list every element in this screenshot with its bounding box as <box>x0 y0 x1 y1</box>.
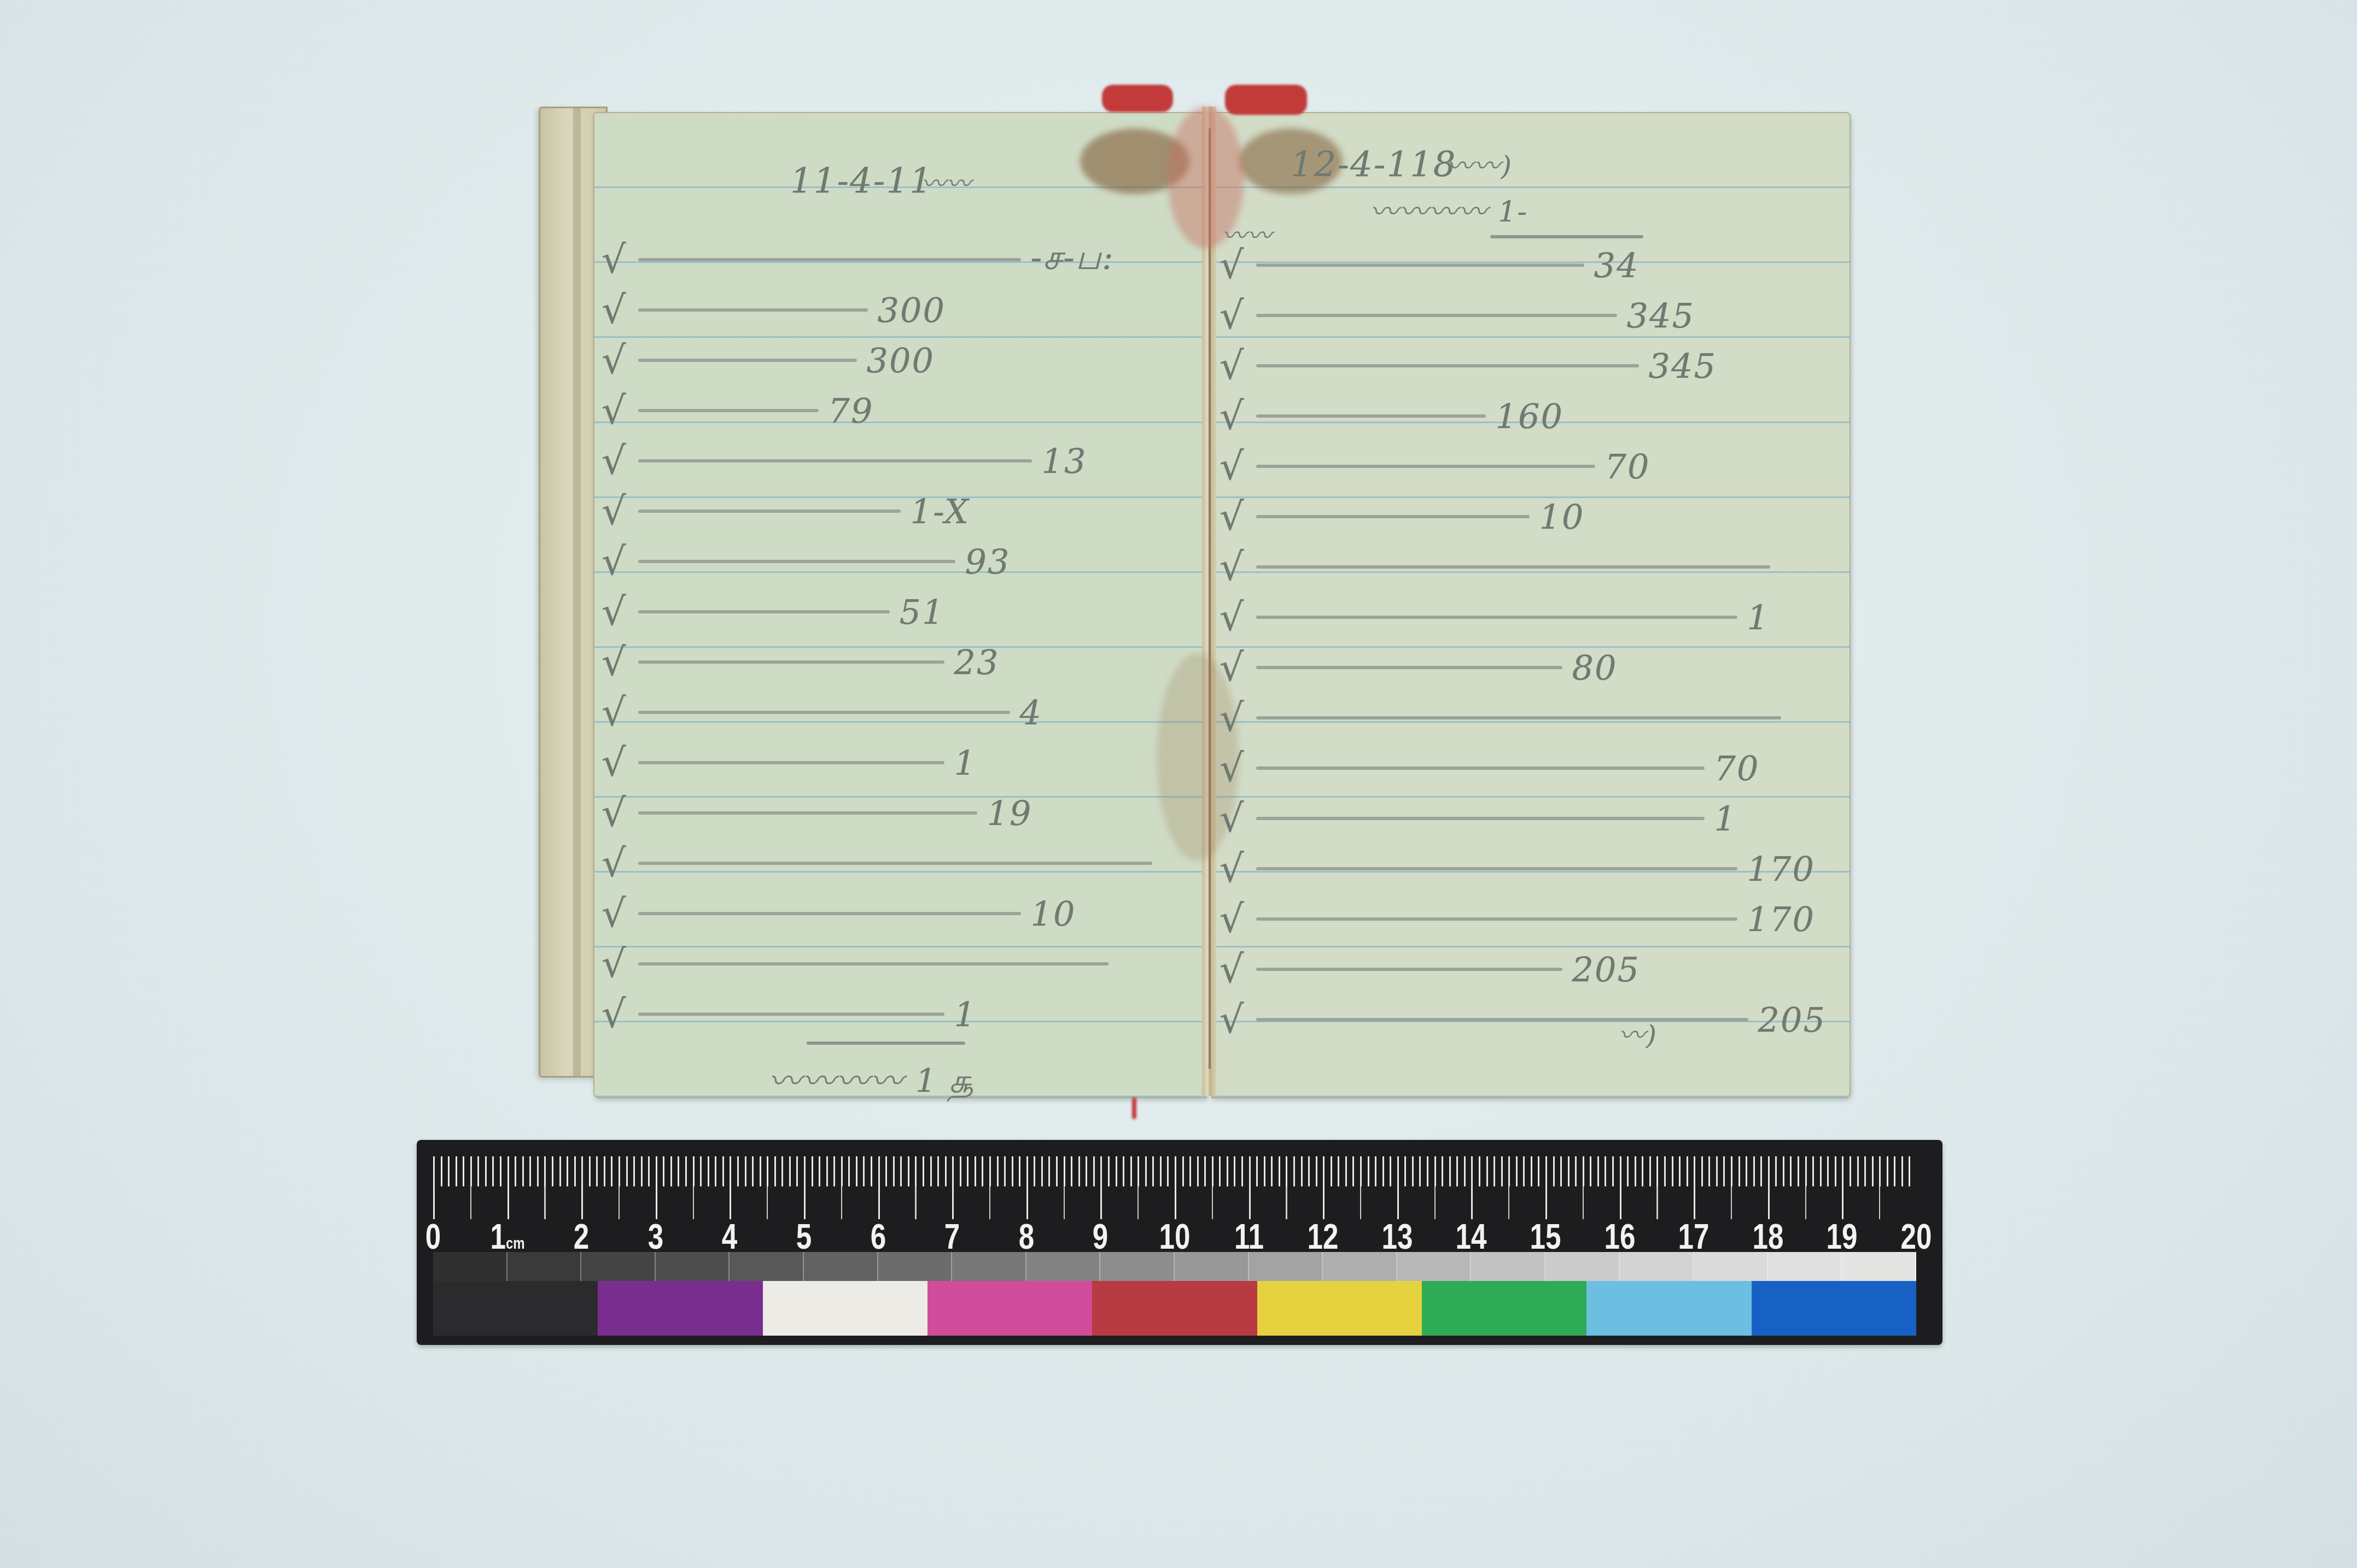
left-entry-row: √4 <box>602 691 1042 734</box>
handwritten-text <box>638 409 819 412</box>
greyscale-step <box>1397 1252 1472 1282</box>
color-patch-magenta <box>927 1281 1092 1336</box>
checkmark-icon: √ <box>602 288 627 332</box>
entry-amount: 170 <box>1747 899 1815 939</box>
handwritten-text <box>638 560 955 563</box>
left-entry-row: √ <box>602 841 1162 885</box>
ruler-number: 15 <box>1530 1216 1561 1257</box>
handwritten-text <box>638 711 1010 714</box>
checkmark-icon: √ <box>602 740 627 785</box>
entry-amount: 4 <box>1020 693 1042 733</box>
handwritten-text <box>1256 414 1486 418</box>
entry-amount: 300 <box>867 341 935 381</box>
entry-amount: 79 <box>829 391 874 431</box>
entry-amount: 10 <box>1539 497 1585 537</box>
right-entry-row: √1 <box>1220 595 1770 639</box>
handwritten-text <box>1256 364 1639 367</box>
color-patch-black <box>433 1281 598 1336</box>
handwritten-text <box>1256 867 1737 870</box>
left-entry-row: √1 <box>602 741 977 785</box>
checkmark-icon: √ <box>1220 997 1245 1042</box>
checkmark-icon: √ <box>602 237 627 282</box>
checkmark-icon: √ <box>602 941 627 986</box>
greyscale-step <box>804 1252 878 1282</box>
left-entry-row: √13 <box>602 439 1087 483</box>
right-page-subheader: 〰〰〰〰 1- <box>1370 189 1528 230</box>
greyscale-step <box>1620 1252 1694 1282</box>
left-entry-row: √300 <box>602 338 935 382</box>
checkmark-icon: √ <box>1220 394 1245 438</box>
handwritten-text <box>638 308 868 312</box>
entry-amount: 23 <box>954 642 1000 682</box>
subheader-amount: 1- <box>1498 196 1528 229</box>
handwritten-text <box>1256 1018 1748 1021</box>
entry-amount: 70 <box>1605 447 1650 487</box>
checkmark-icon: √ <box>1220 695 1245 740</box>
checkmark-icon: √ <box>602 539 627 584</box>
checkmark-icon: √ <box>1220 494 1245 539</box>
ruler-number: 1cm <box>490 1216 524 1257</box>
checkmark-icon: √ <box>602 338 627 383</box>
color-patch-red <box>1092 1281 1257 1336</box>
entry-amount: 70 <box>1714 748 1760 788</box>
right-entry-row: √ <box>1220 696 1791 740</box>
entry-amount: 34 <box>1594 245 1640 285</box>
color-patch-cyan <box>1586 1281 1751 1336</box>
ruler-number: 12 <box>1308 1216 1339 1257</box>
left-entry-row: √1 <box>602 992 977 1036</box>
entry-amount: 205 <box>1758 1000 1826 1040</box>
entry-amount: 205 <box>1572 950 1640 990</box>
entry-amount: 345 <box>1627 296 1695 336</box>
greyscale-step <box>507 1252 582 1282</box>
handwritten-text <box>1256 666 1562 669</box>
checkmark-icon: √ <box>1220 746 1245 791</box>
greyscale-strip <box>433 1252 1916 1282</box>
color-patch-white <box>763 1281 927 1336</box>
checkmark-icon: √ <box>602 992 627 1037</box>
handwritten-text <box>638 610 890 613</box>
entry-amount: 51 <box>900 592 945 632</box>
color-patch-green <box>1422 1281 1586 1336</box>
right-page-trailing-mark: 〰) <box>1619 1014 1658 1052</box>
left-entry-row: √300 <box>602 288 946 332</box>
ruler-number: 14 <box>1456 1216 1487 1257</box>
handwritten-text <box>638 459 1032 463</box>
greyscale-step <box>433 1252 507 1282</box>
right-entry-row: √160 <box>1220 394 1563 438</box>
right-entry-row: √70 <box>1220 444 1650 488</box>
ruler-number: 7 <box>944 1216 960 1257</box>
handwritten-text <box>638 962 1109 966</box>
greyscale-step <box>1323 1252 1397 1282</box>
handwritten-text <box>638 811 977 815</box>
entry-amount: 160 <box>1496 396 1563 436</box>
left-entry-row: √ <box>602 942 1118 986</box>
right-page-date: 12-4-118 <box>1291 145 1457 185</box>
right-entry-row: √ <box>1220 545 1780 589</box>
checkmark-icon: √ <box>1220 595 1245 640</box>
left-entry-row: √93 <box>602 540 1011 583</box>
ruler-number: 18 <box>1752 1216 1783 1257</box>
ruler-number: 20 <box>1901 1216 1932 1257</box>
greyscale-step <box>1026 1252 1101 1282</box>
ruler-number: 16 <box>1604 1216 1635 1257</box>
entry-amount: 1 <box>954 994 977 1034</box>
handwritten-text <box>638 660 944 664</box>
handwritten-text <box>1256 616 1737 619</box>
greyscale-step <box>1471 1252 1545 1282</box>
left-page-date: 11-4-11 <box>790 161 933 202</box>
cover-crease <box>573 108 581 1076</box>
entry-amount: 80 <box>1572 648 1618 688</box>
greyscale-step <box>1545 1252 1620 1282</box>
color-patch-yellow <box>1257 1281 1422 1336</box>
checkmark-icon: √ <box>602 891 627 936</box>
entry-amount: 13 <box>1042 441 1087 481</box>
checkmark-icon: √ <box>602 841 627 886</box>
total-underline <box>807 1042 965 1045</box>
handwritten-text <box>1256 515 1530 518</box>
checkmark-icon: √ <box>1220 796 1245 841</box>
ruler-number: 2 <box>574 1216 589 1257</box>
right-entry-row: √205 <box>1220 998 1826 1042</box>
handwritten-text <box>1256 817 1705 820</box>
spine-gutter <box>1209 128 1211 1069</box>
greyscale-step <box>952 1252 1026 1282</box>
right-entry-row: √34 <box>1220 243 1640 287</box>
checkmark-icon: √ <box>1220 243 1245 288</box>
right-entry-row: √1 <box>1220 797 1737 840</box>
unit-label: cm <box>505 1234 524 1253</box>
handwritten-text <box>1256 716 1781 719</box>
checkmark-icon: √ <box>1220 343 1245 388</box>
checkmark-icon: √ <box>1220 645 1245 690</box>
red-binding-thread <box>1102 85 1173 112</box>
greyscale-step <box>1100 1252 1175 1282</box>
entry-amount: 1 <box>1714 799 1737 839</box>
checkmark-icon: √ <box>602 388 627 433</box>
right-entry-row: √80 <box>1220 646 1618 689</box>
red-binding-thread <box>1225 85 1307 115</box>
handwritten-text <box>1256 968 1562 971</box>
entry-amount: 19 <box>987 793 1032 833</box>
color-calibration-patches <box>433 1281 1916 1336</box>
left-entry-row: √51 <box>602 590 945 634</box>
ruler-number: 9 <box>1093 1216 1108 1257</box>
left-page-total: 〰〰〰〰 1 ௲ <box>768 1055 975 1105</box>
ruler-number: 13 <box>1381 1216 1413 1257</box>
checkmark-icon: √ <box>1220 897 1245 941</box>
handwritten-text <box>638 510 901 513</box>
ruler-number: 5 <box>796 1216 812 1257</box>
handwritten-text <box>1256 917 1737 921</box>
entry-amount: 300 <box>878 290 946 330</box>
checkmark-icon: √ <box>602 791 627 835</box>
cm-ticks <box>433 1186 1916 1219</box>
left-entry-row: √1-X <box>602 489 970 533</box>
right-entry-row: √170 <box>1220 897 1815 941</box>
ruler-number: 4 <box>722 1216 737 1257</box>
ruler-number: 3 <box>648 1216 663 1257</box>
greyscale-step <box>1842 1252 1916 1282</box>
checkmark-icon: √ <box>602 438 627 483</box>
greyscale-step <box>581 1252 656 1282</box>
checkmark-icon: √ <box>1220 947 1245 992</box>
handwritten-text <box>638 761 944 764</box>
checkmark-icon: √ <box>602 690 627 735</box>
handwritten-text <box>638 912 1021 915</box>
right-page-day: 〰〰) <box>1446 145 1513 183</box>
right-entry-row: √345 <box>1220 344 1717 388</box>
right-entry-row: √205 <box>1220 947 1640 991</box>
checkmark-icon: √ <box>1220 293 1245 338</box>
checkmark-icon: √ <box>602 589 627 634</box>
scale-ruler: 01cm234567891011121314151617181920 <box>417 1140 1942 1345</box>
ruler-number: 10 <box>1159 1216 1191 1257</box>
handwritten-text <box>638 359 857 362</box>
mm-ticks <box>433 1156 1916 1186</box>
right-entry-row: √70 <box>1220 746 1760 790</box>
left-entry-row: √19 <box>602 791 1032 835</box>
greyscale-step <box>878 1252 953 1282</box>
handwritten-text <box>1256 314 1617 317</box>
handwritten-text <box>1256 264 1584 267</box>
entry-amount: 1 <box>954 743 977 783</box>
checkmark-icon: √ <box>602 489 627 534</box>
greyscale-step <box>1768 1252 1842 1282</box>
handwritten-text <box>638 862 1152 865</box>
checkmark-icon: √ <box>602 640 627 684</box>
handwritten-text <box>1256 767 1705 770</box>
ruler-number: 19 <box>1827 1216 1858 1257</box>
header-underline <box>1490 235 1643 238</box>
handwritten-text <box>638 258 1021 261</box>
right-entry-row: √170 <box>1220 847 1815 891</box>
ruler-number: 0 <box>425 1216 441 1257</box>
ruler-number: 11 <box>1234 1216 1264 1257</box>
red-binding-thread <box>1132 1097 1136 1119</box>
color-patch-blue <box>1752 1281 1916 1336</box>
left-entry-row: √23 <box>602 640 1000 684</box>
greyscale-step <box>656 1252 730 1282</box>
right-entry-row: √345 <box>1220 294 1695 337</box>
ruler-number: 6 <box>870 1216 885 1257</box>
greyscale-step <box>1249 1252 1323 1282</box>
entry-amount: 93 <box>965 542 1011 582</box>
checkmark-icon: √ <box>1220 846 1245 891</box>
right-entry-row: √10 <box>1220 495 1585 539</box>
left-page-day: 〰〰 <box>921 164 972 199</box>
entry-amount: 170 <box>1747 849 1815 889</box>
handwritten-text <box>1256 565 1770 569</box>
left-entry-row: √79 <box>602 389 874 432</box>
checkmark-icon: √ <box>1220 444 1245 489</box>
entry-amount: 1-X <box>911 492 970 531</box>
greyscale-step <box>730 1252 804 1282</box>
checkmark-icon: √ <box>1220 545 1245 589</box>
ruler-number: 8 <box>1019 1216 1034 1257</box>
left-entry-row: √10 <box>602 892 1076 935</box>
color-patch-purple <box>598 1281 762 1336</box>
handwritten-text <box>638 1013 944 1016</box>
greyscale-step <box>1175 1252 1249 1282</box>
left-entry-row: √-ச-ப: <box>602 238 1115 282</box>
handwritten-text <box>1256 465 1595 468</box>
ruler-number: 17 <box>1678 1216 1710 1257</box>
entry-amount: 1 <box>1747 598 1770 637</box>
greyscale-step <box>1694 1252 1768 1282</box>
total-amount: 1 ௲ <box>915 1062 975 1101</box>
entry-amount: 345 <box>1649 346 1717 386</box>
entry-amount: -ச-ப: <box>1031 237 1115 282</box>
notebook: 11-4-11 〰〰 √-ச-ப:√300√300√79√13√1-X√93√5… <box>539 107 1851 1096</box>
entry-amount: 10 <box>1031 894 1076 934</box>
